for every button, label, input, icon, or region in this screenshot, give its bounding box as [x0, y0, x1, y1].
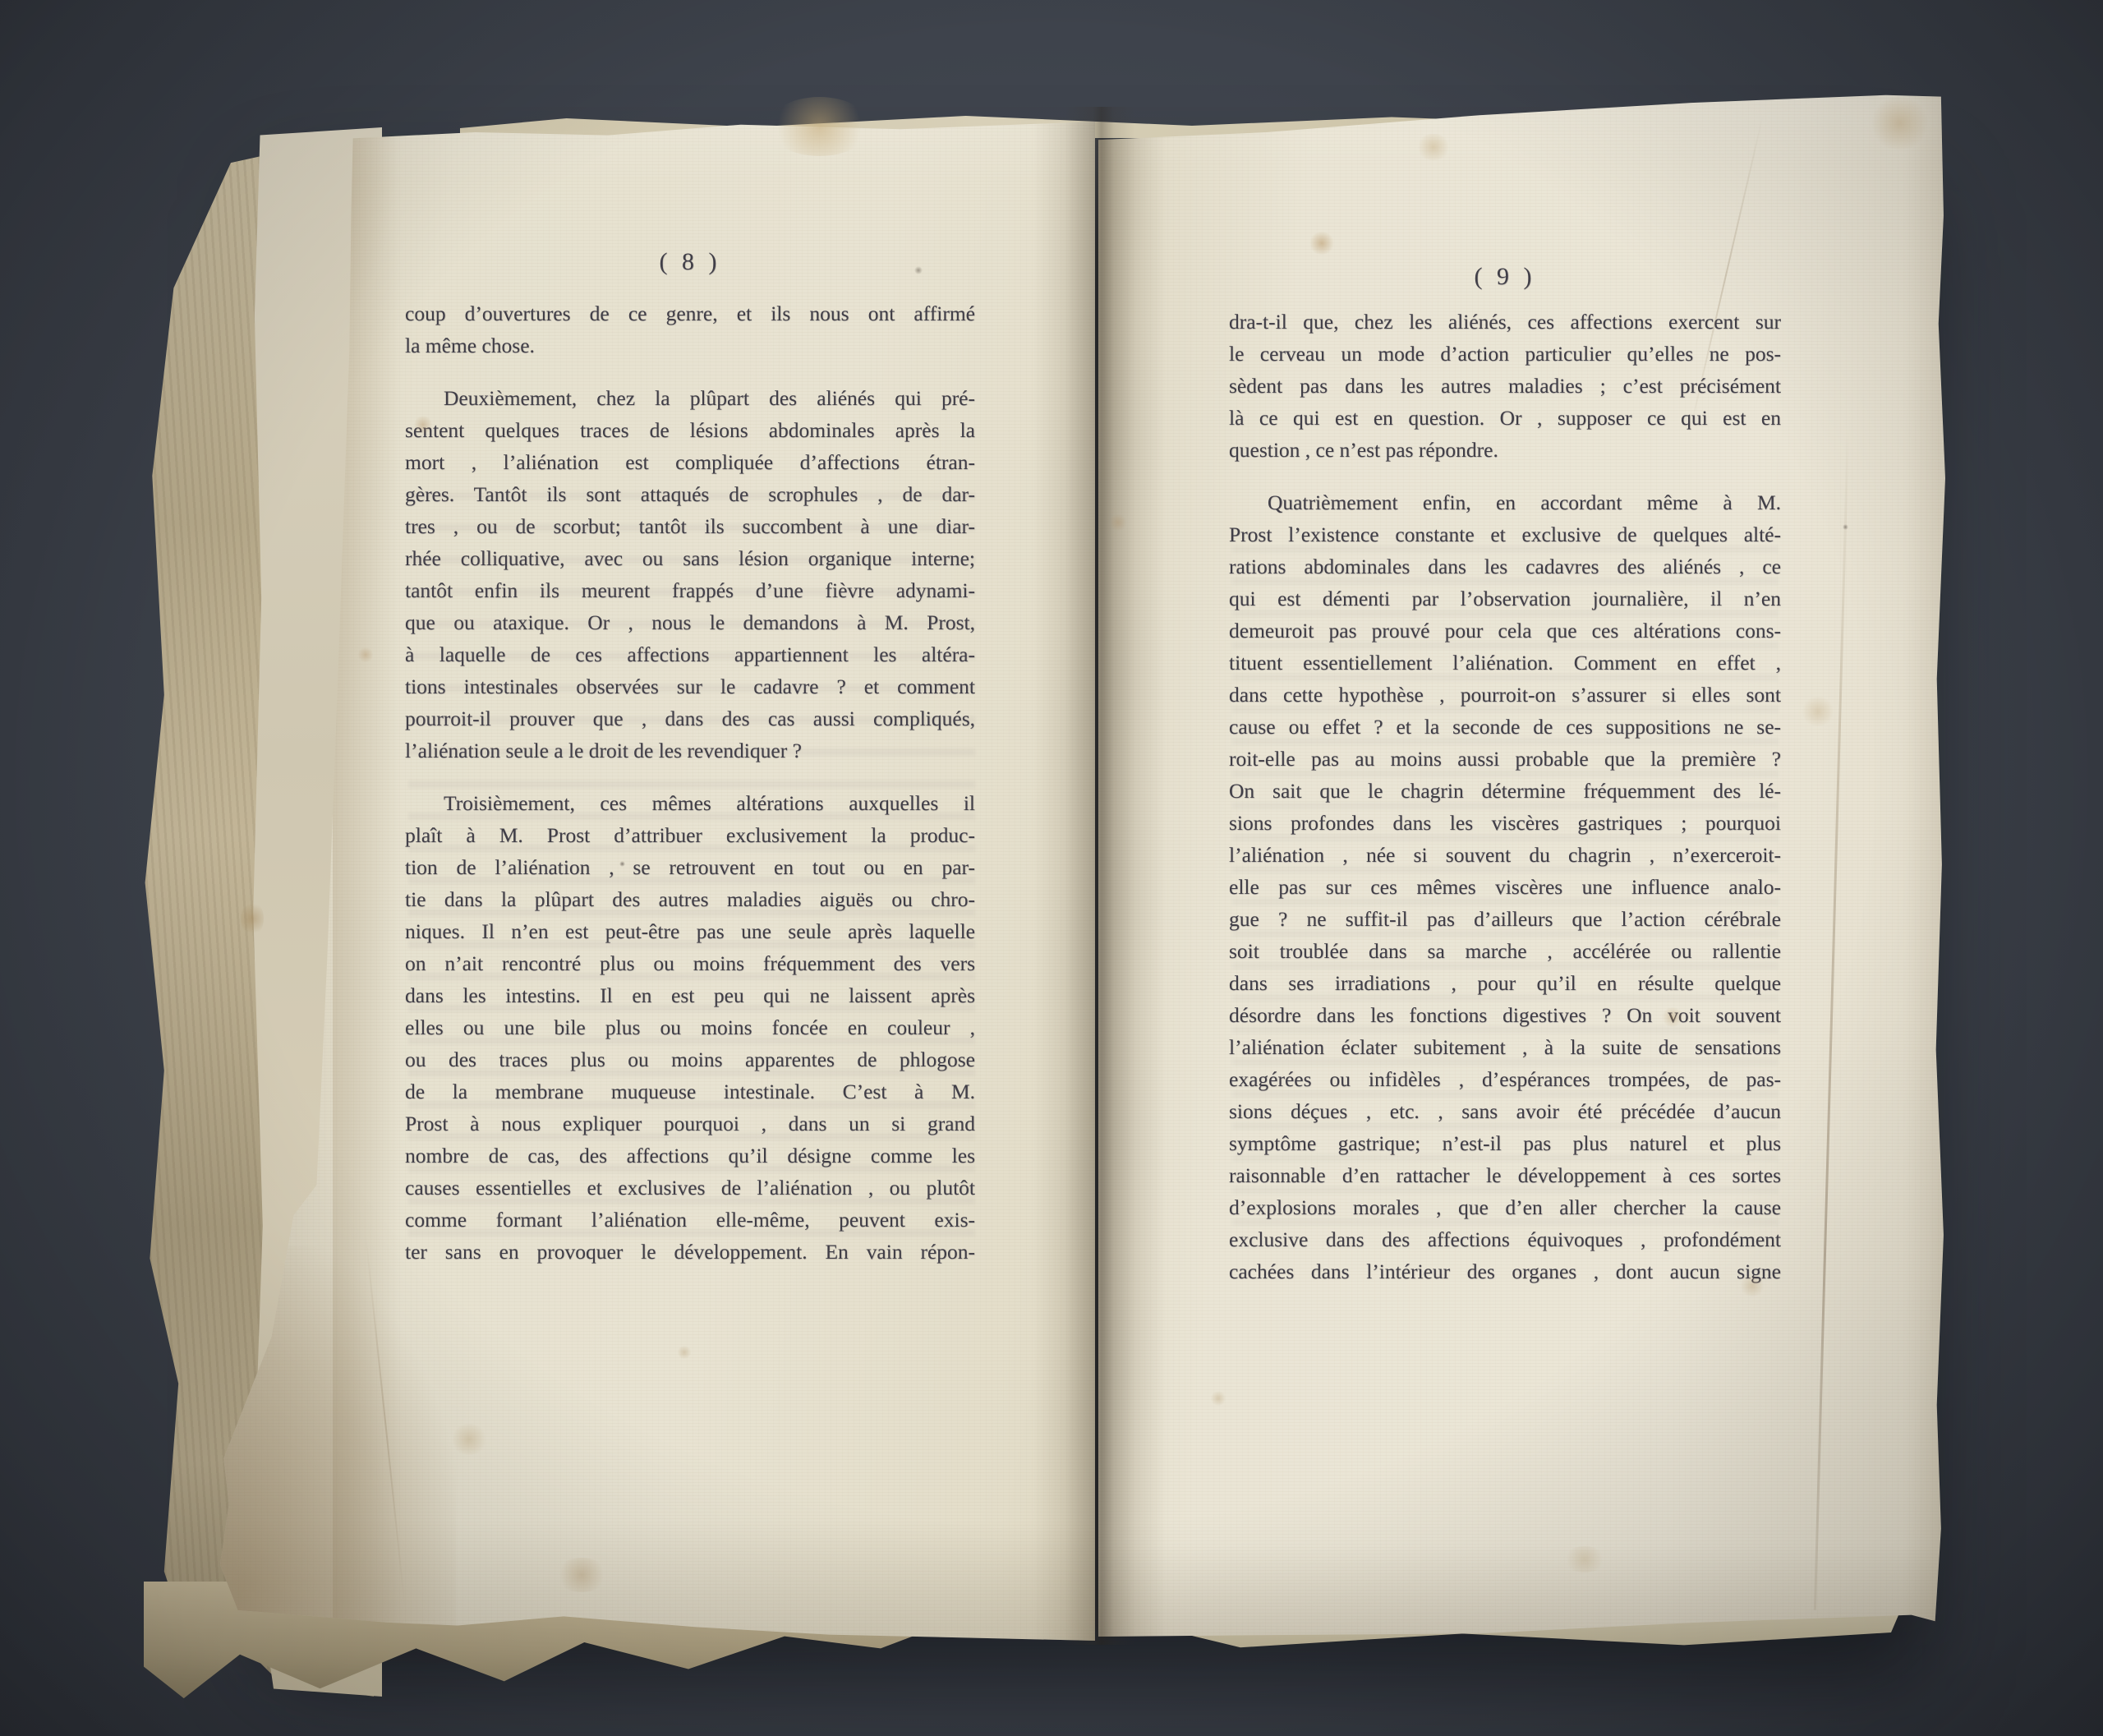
text-line: d’explosions morales , que d’en aller ch…	[1229, 1191, 1781, 1223]
text-line: qui est démenti par l’observation journa…	[1229, 583, 1781, 615]
text-line: Prost à nous expliquer pourquoi , dans u…	[405, 1107, 975, 1140]
page-text-left: coup d’ouvertures de ce genre, et ils no…	[405, 297, 975, 1288]
text-line: sentent quelques traces de lésions abdom…	[405, 414, 975, 446]
paragraph: dra-t-il que, chez les aliénés, ces affe…	[1229, 306, 1781, 466]
text-line: raisonnable d’en rattacher le développem…	[1229, 1159, 1781, 1191]
text-line: l’aliénation , née si souvent du chagrin…	[1229, 839, 1781, 871]
text-line: comme formant l’aliénation elle-même, pe…	[405, 1204, 975, 1236]
text-line: sèdent pas dans les autres maladies ; c’…	[1229, 370, 1781, 402]
text-line: gue ? ne suffit-il pas d’ailleurs que l’…	[1229, 903, 1781, 935]
text-line: question , ce n’est pas répondre.	[1229, 434, 1781, 466]
paragraph: Deuxièmement, chez la plûpart des aliéné…	[405, 382, 975, 767]
page-number-right: ( 9 )	[1229, 263, 1781, 291]
text-line: dra-t-il que, chez les aliénés, ces affe…	[1229, 306, 1781, 338]
text-line: tie dans la plûpart des autres maladies …	[405, 883, 975, 915]
text-line: tion de l’aliénation , se retrouvent en …	[405, 851, 975, 883]
text-line: roit-elle pas au moins aussi probable qu…	[1229, 743, 1781, 775]
text-line: coup d’ouvertures de ce genre, et ils no…	[405, 297, 975, 329]
text-line: cachées dans l’intérieur des organes , d…	[1229, 1255, 1781, 1287]
text-line: Troisièmement, ces mêmes altérations aux…	[405, 787, 975, 819]
text-line: soit troublée dans sa marche , accélérée…	[1229, 935, 1781, 967]
text-line: symptôme gastrique; n’est-il pas plus na…	[1229, 1127, 1781, 1159]
text-line: elles ou une bile plus ou moins foncée e…	[405, 1011, 975, 1043]
text-line: pourroit-il prouver que , dans des cas a…	[405, 702, 975, 734]
text-line: Prost l’existence constante et exclusive…	[1229, 518, 1781, 550]
paragraph: Quatrièmement enfin, en accordant même à…	[1229, 486, 1781, 1287]
text-line: rhée colliquative, avec ou sans lésion o…	[405, 542, 975, 574]
text-line: niques. Il n’en est peut-être pas une se…	[405, 915, 975, 947]
text-line: tituent essentiellement l’aliénation. Co…	[1229, 647, 1781, 679]
text-line: dans les intestins. Il en est peu qui ne…	[405, 979, 975, 1011]
text-line: la même chose.	[405, 329, 975, 361]
text-line: causes essentielles et exclusives de l’a…	[405, 1172, 975, 1204]
text-line: dans ses irradiations , pour qu’il en ré…	[1229, 967, 1781, 999]
text-line: tantôt enfin ils meurent frappés d’une f…	[405, 574, 975, 606]
text-line: l’aliénation éclater subitement , à la s…	[1229, 1031, 1781, 1063]
text-line: ter sans en provoquer le développement. …	[405, 1236, 975, 1268]
text-line: rations abdominales dans les cadavres de…	[1229, 550, 1781, 583]
text-line: On sait que le chagrin détermine fréquem…	[1229, 775, 1781, 807]
text-line: tres , ou de scorbut; tantôt ils succomb…	[405, 510, 975, 542]
text-line: demeuroit pas prouvé pour cela que ces a…	[1229, 615, 1781, 647]
text-line: que ou ataxique. Or , nous le demandons …	[405, 606, 975, 638]
text-line: plaît à M. Prost d’attribuer exclusiveme…	[405, 819, 975, 851]
text-line: dans cette hypothèse , pourroit-on s’ass…	[1229, 679, 1781, 711]
text-line: Deuxièmement, chez la plûpart des aliéné…	[405, 382, 975, 414]
text-line: exclusive dans des affections équivoques…	[1229, 1223, 1781, 1255]
text-line: gères. Tantôt ils sont attaqués de scrop…	[405, 478, 975, 510]
paragraph: Troisièmement, ces mêmes altérations aux…	[405, 787, 975, 1268]
text-line: on n’ait rencontré plus ou moins fréquem…	[405, 947, 975, 979]
book-page-right: ( 9 ) dra-t-il que, chez les aliénés, ce…	[1098, 92, 1945, 1637]
text-line: Quatrièmement enfin, en accordant même à…	[1229, 486, 1781, 518]
text-line: cause ou effet ? et la seconde de ces su…	[1229, 711, 1781, 743]
text-line: exagérées ou infidèles , d’espérances tr…	[1229, 1063, 1781, 1095]
text-line: mort , l’aliénation est compliquée d’aff…	[405, 446, 975, 478]
text-line: nombre de cas, des affections qu’il dési…	[405, 1140, 975, 1172]
text-line: elle pas sur ces mêmes viscères une infl…	[1229, 871, 1781, 903]
text-line: sions déçues , etc. , sans avoir été pré…	[1229, 1095, 1781, 1127]
text-line: de la membrane muqueuse intestinale. C’e…	[405, 1075, 975, 1107]
text-line: tions intestinales observées sur le cada…	[405, 670, 975, 702]
text-line: le cerveau un mode d’action particulier …	[1229, 338, 1781, 370]
page-text-right: dra-t-il que, chez les aliénés, ces affe…	[1229, 306, 1781, 1308]
page-number-left: ( 8 )	[405, 248, 975, 276]
text-line: l’aliénation seule a le droit de les rev…	[405, 734, 975, 767]
text-line: sions profondes dans les viscères gastri…	[1229, 807, 1781, 839]
text-line: à laquelle de ces affections appartienne…	[405, 638, 975, 670]
text-line: là ce qui est en question. Or , supposer…	[1229, 402, 1781, 434]
photo-of-open-book: ( 8 ) coup d’ouvertures de ce genre, et …	[0, 0, 2103, 1736]
paragraph: coup d’ouvertures de ce genre, et ils no…	[405, 297, 975, 361]
text-line: ou des traces plus ou moins apparentes d…	[405, 1043, 975, 1075]
text-line: désordre dans les fonctions digestives ?…	[1229, 999, 1781, 1031]
